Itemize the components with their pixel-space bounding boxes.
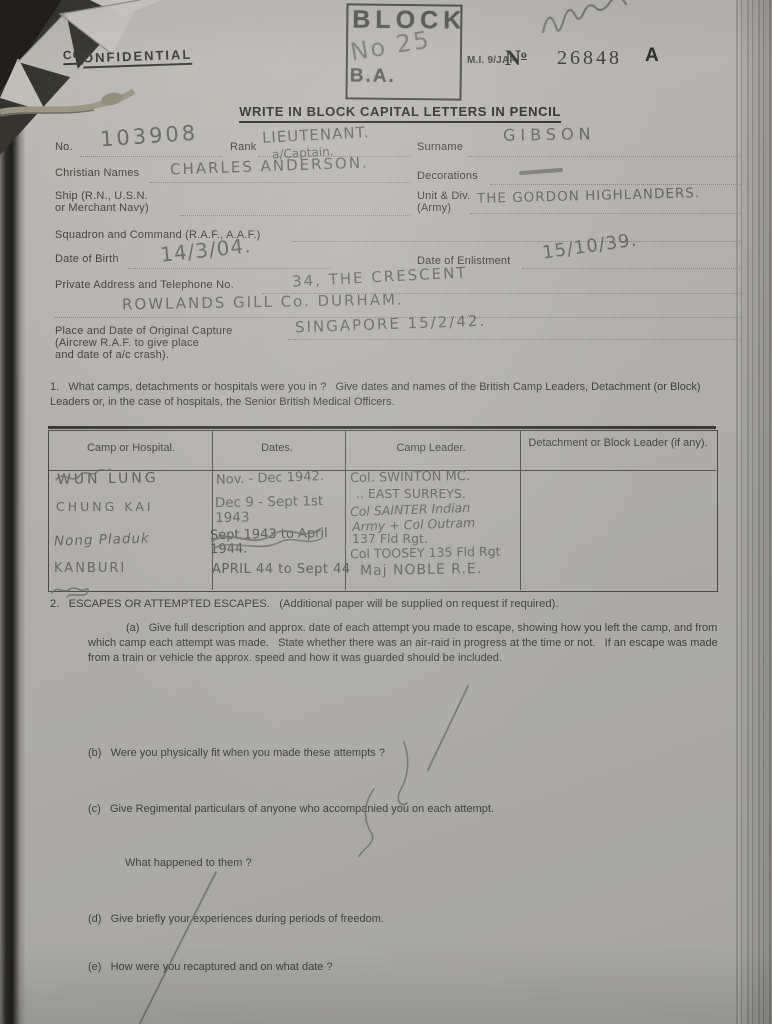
confidential-stamp-co: CO: [63, 48, 84, 66]
number-symbol: No: [505, 45, 527, 71]
christian-names-label: Christian Names: [55, 167, 139, 179]
question-2b-text: (b) Were you physically fit when you mad…: [88, 746, 385, 761]
enlistment-line: [522, 267, 740, 269]
rank-field-label: Rank: [230, 141, 256, 153]
address-label: Private Address and Telephone No.: [55, 279, 234, 291]
surname-field-label: Surname: [417, 141, 463, 153]
enlistment-value: 15/10/39.: [541, 229, 639, 263]
dates-entry-2: Dec 9 - Sept 1st 1943: [215, 494, 341, 526]
squadron-line: [292, 240, 740, 242]
leader-entry-6: Col TOOSEY 135 Fld Rgt: [350, 544, 501, 562]
block-number-stamp-box: BLOCK No 25 B.A.: [346, 3, 463, 100]
capture-label-line2: (Aircrew R.A.F. to give place: [55, 337, 199, 349]
ship-label-line2: or Merchant Navy): [55, 202, 149, 214]
table-header-detachment: Detachment or Block Leader (if any).: [524, 437, 712, 450]
page-stack-edge-right: [734, 0, 772, 1024]
ship-line: [180, 214, 410, 216]
leader-entry-5: 137 Fld Rgt.: [352, 531, 428, 546]
question-2-heading: 2. ESCAPES OR ATTEMPTED ESCAPES. (Additi…: [50, 597, 730, 612]
confidential-stamp-rest: ONFIDENTIAL: [83, 47, 193, 69]
torn-corner-and-string-art: [0, 0, 190, 175]
decorations-label: Decorations: [417, 170, 478, 182]
camp-entry-1: WUN LUNG: [57, 470, 159, 488]
ba-stamp-text: B.A.: [350, 65, 396, 87]
form-instruction-text: WRITE IN BLOCK CAPITAL LETTERS IN PENCIL: [239, 104, 561, 123]
decorations-line: [490, 183, 740, 185]
surname-field-line: [468, 155, 740, 157]
number-field-label: No.: [55, 141, 73, 153]
question-2e-text: (e) How were you recaptured and on what …: [88, 960, 333, 975]
capture-label-line1: Place and Date of Original Capture: [55, 325, 232, 337]
question-2d-text: (d) Give briefly your experiences during…: [88, 912, 384, 927]
table-col-sep-3: [520, 430, 521, 590]
binding-edge-left: [0, 0, 26, 1024]
scanned-pow-questionnaire-page: COONFIDENTIAL BLOCK No 25 B.A. M.I. 9/JA…: [0, 0, 772, 1024]
form-instruction: WRITE IN BLOCK CAPITAL LETTERS IN PENCIL: [180, 104, 620, 119]
leader-entry-1: Col. SWINTON MC.: [350, 469, 470, 486]
camp-entry-2: CHUNG KAI: [56, 499, 154, 514]
unit-label-line1: Unit & Div.: [417, 190, 470, 202]
dates-entry-4: APRIL 44 to Sept 44: [212, 562, 351, 577]
ship-label-line1: Ship (R.N., U.S.N.: [55, 190, 148, 202]
serial-number: 26848: [557, 47, 622, 70]
number-symbol-o: o: [521, 47, 527, 61]
dob-label: Date of Birth: [55, 253, 119, 265]
capture-label-line3: and date of a/c crash).: [55, 349, 169, 361]
christian-names-value: CHARLES ANDERSON.: [170, 154, 369, 179]
rank-field-value: LIEUTENANT.: [262, 123, 371, 147]
table-header-camp: Camp or Hospital.: [60, 442, 202, 455]
question-2c-text: (c) Give Regimental particulars of anyon…: [88, 802, 494, 817]
unit-line: [470, 212, 740, 214]
question-2c2-text: What happened to them ?: [125, 856, 252, 871]
series-letter: A: [645, 45, 659, 67]
christian-names-line: [150, 181, 410, 183]
address-value-2: ROWLANDS GILL Co. DURHAM.: [122, 291, 404, 314]
capture-line: [288, 338, 740, 340]
unit-value: THE GORDON HIGHLANDERS.: [477, 185, 701, 207]
table-header-dates: Dates.: [214, 442, 340, 455]
table-header-leader: Camp Leader.: [347, 442, 515, 455]
table-heavy-top-rule: [48, 426, 716, 429]
leader-entry-2: .. EAST SURREYS.: [356, 486, 466, 501]
number-symbol-n: N: [505, 45, 521, 70]
question-2a-text: (a) Give full description and approx. da…: [88, 621, 740, 666]
confidential-stamp: COONFIDENTIAL: [63, 46, 193, 69]
number-field-value: 103908: [99, 121, 199, 152]
camp-entry-3: Nong Pladuk: [54, 530, 150, 549]
leader-entry-7: Maj NOBLE R.E.: [360, 561, 482, 579]
dob-line: [128, 267, 330, 269]
question-1-text: 1. What camps, detachments or hospitals …: [50, 380, 722, 409]
unit-label-line2: (Army): [417, 202, 451, 214]
number-field-line: [80, 155, 222, 157]
dates-entry-3: Sept 1943 to April 1944.: [210, 527, 342, 557]
camp-entry-4: KANBURI: [54, 561, 126, 576]
surname-field-value: GIBSON: [503, 124, 596, 145]
